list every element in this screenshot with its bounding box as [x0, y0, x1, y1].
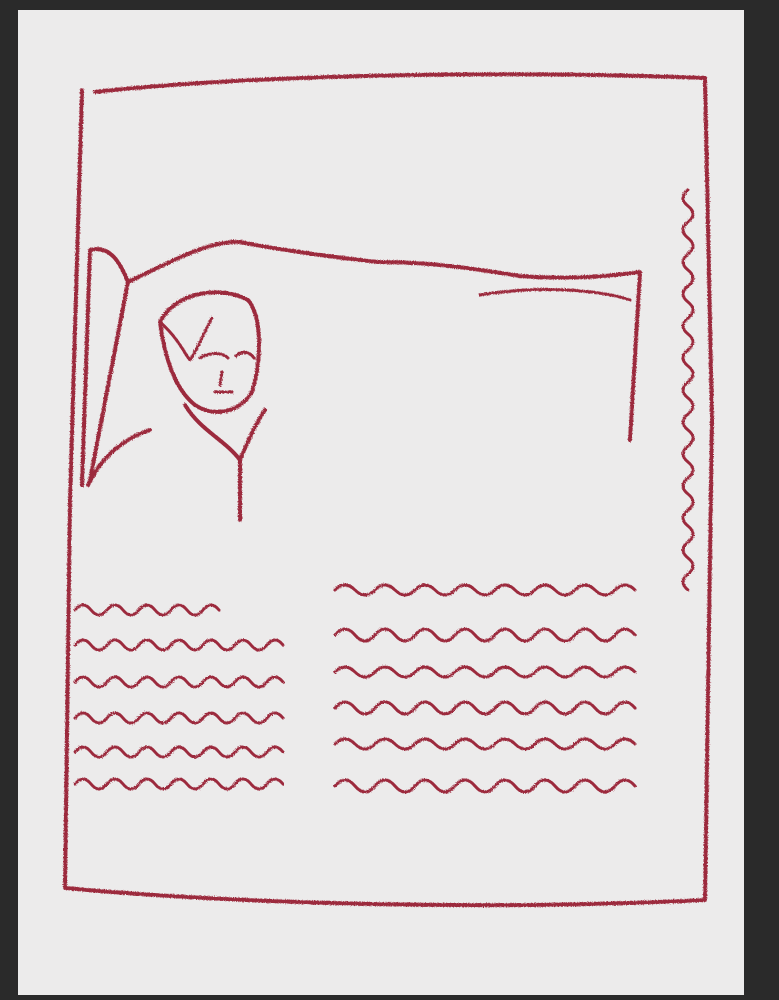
right-vertical-text	[683, 190, 693, 590]
monoprint-artwork	[0, 0, 779, 1000]
left-text-block	[75, 605, 283, 789]
canopy-outline	[82, 242, 640, 485]
figure-body	[88, 405, 265, 520]
center-text-block	[335, 585, 635, 792]
